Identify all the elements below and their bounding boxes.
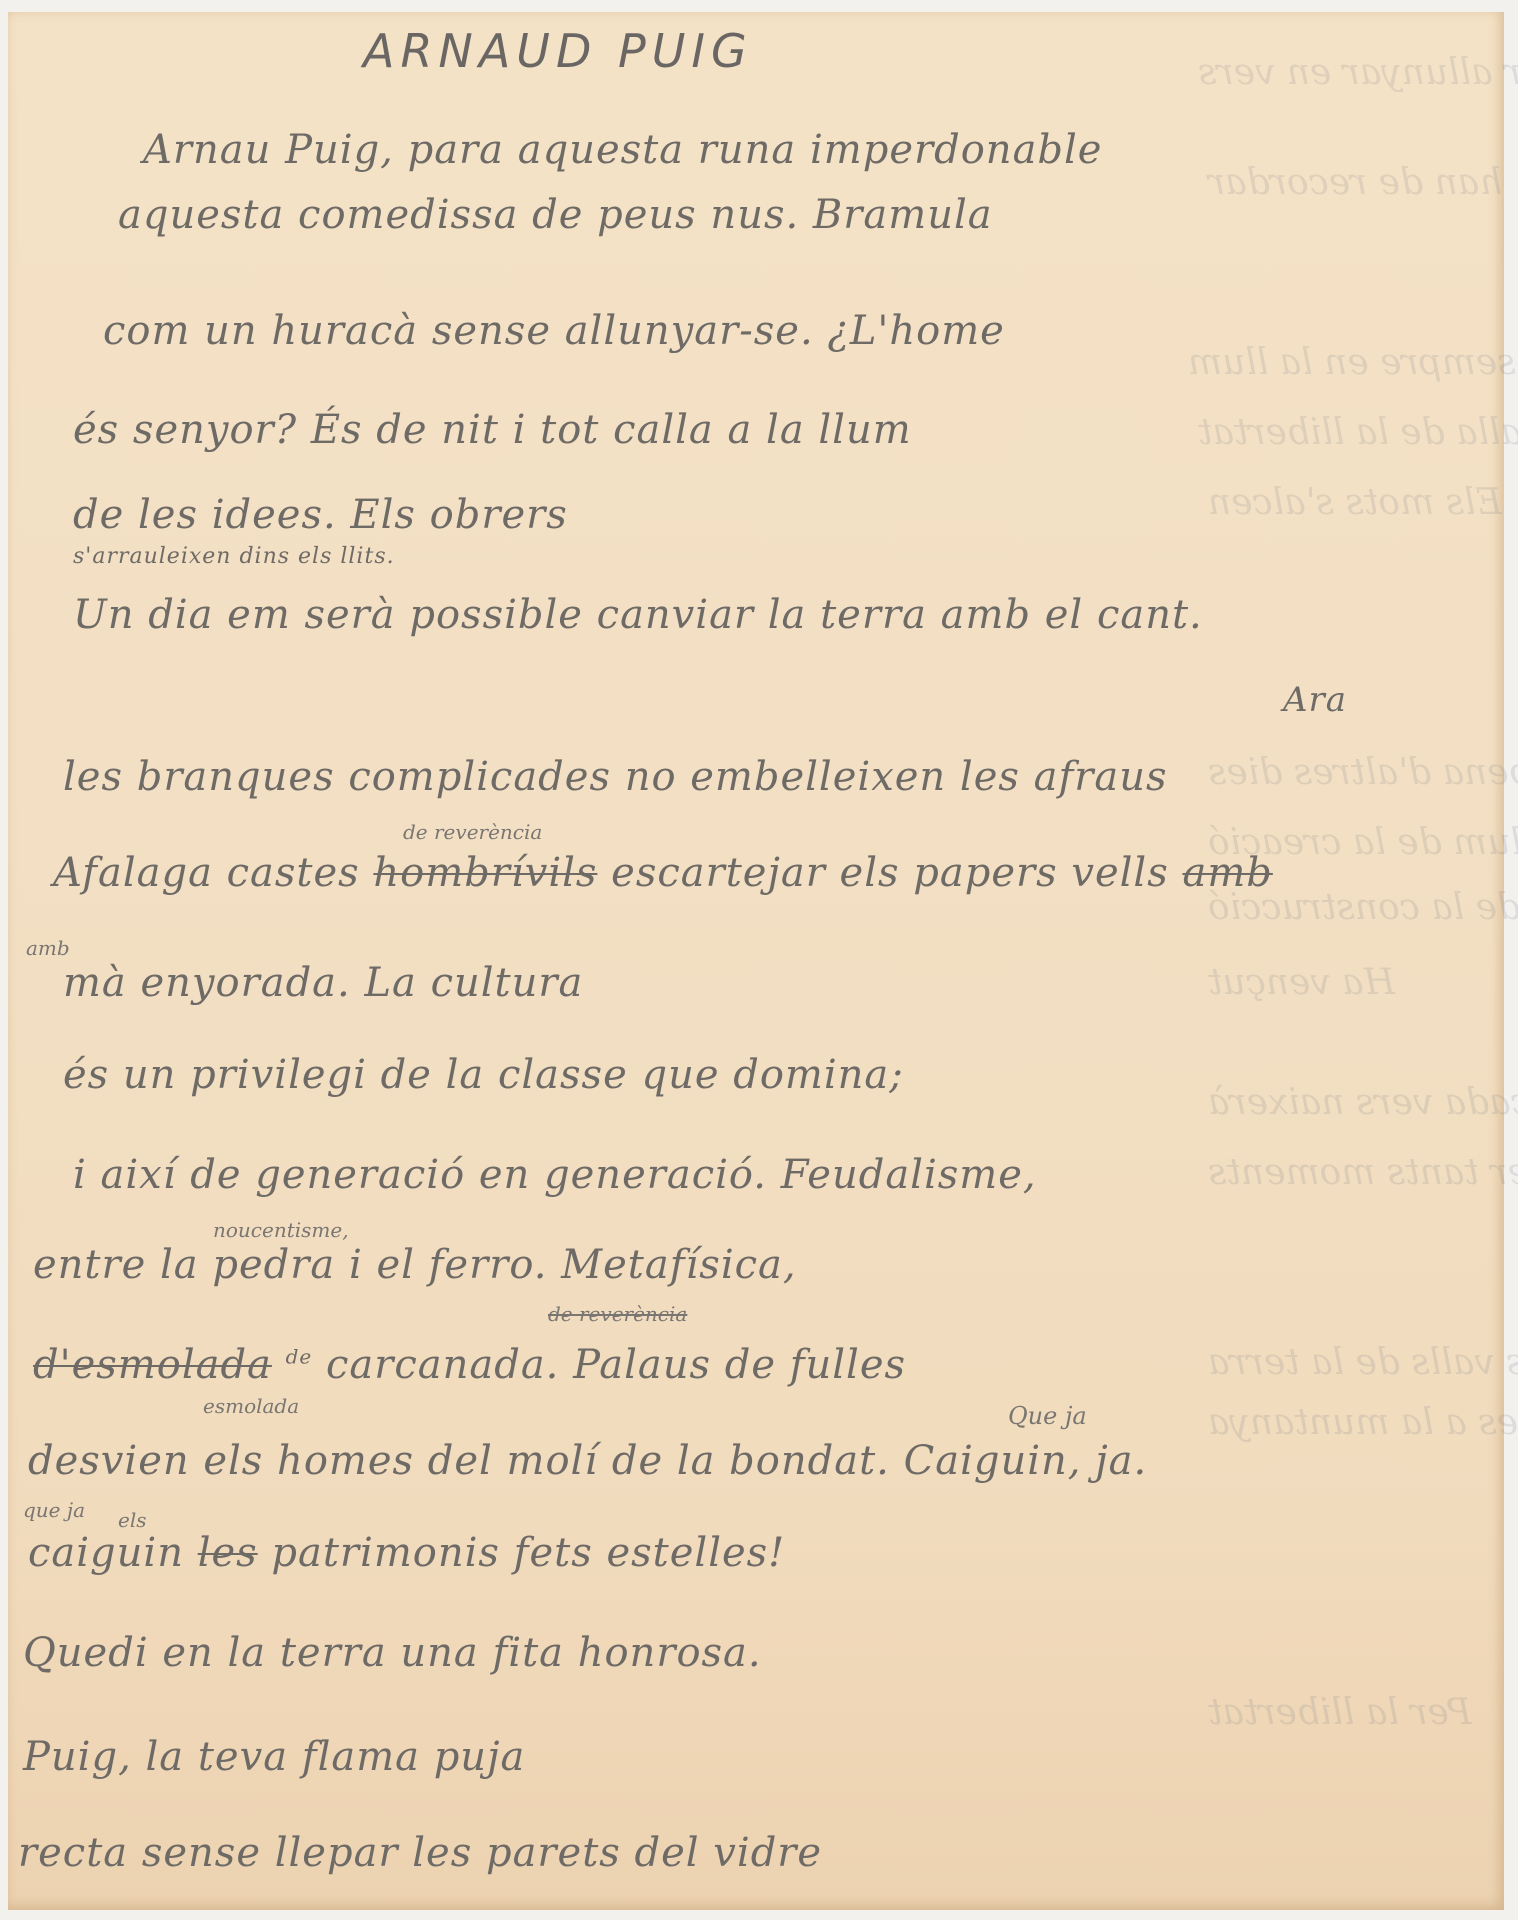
struck-annotation: de reverència (548, 1302, 687, 1326)
annotation-above: que ja (23, 1498, 85, 1522)
bleed-through-text: Verbena d'altres dies (1208, 752, 1518, 793)
poem-line-13: i així de generació en generació. Feudal… (73, 1152, 1037, 1198)
poem-line-14: entre la pedra i el ferro. Metafísica, (33, 1242, 797, 1288)
annotation-above: noucentisme, (213, 1218, 349, 1242)
bleed-through-text: No collita hora per allunyar en vers (1198, 52, 1518, 93)
poem-line-18: Quedi en la terra una fita honrosa. (23, 1630, 762, 1676)
bleed-through-text: han de recordar (1208, 162, 1502, 203)
annotation-above: Que ja (1008, 1402, 1087, 1430)
struck-word: d'esmolada (33, 1342, 272, 1388)
line-text: carcanada. Palaus de fulles (326, 1342, 906, 1388)
bleed-through-text: Les tendres valls de la terra (1208, 1342, 1518, 1383)
bleed-through-text: Ha vençut (1208, 962, 1395, 1003)
manuscript-page: No collita hora per allunyar en vers han… (8, 12, 1504, 1910)
annotation-below: esmolada (203, 1394, 299, 1418)
poem-line-11: mà enyorada. La cultura (63, 960, 583, 1006)
bleed-through-text: Per la llibertat (1208, 1692, 1471, 1733)
line-text: Afalaga castes (53, 850, 360, 896)
poem-line-8: Ara (1283, 680, 1347, 720)
poem-line-3: com un huracà sense allunyar-se. ¿L'home (103, 308, 1005, 354)
poem-line-10: Afalaga castes hombrívils escartejar els… (53, 850, 1273, 896)
poem-line-17: caiguin les patrimonis fets estelles! (28, 1530, 785, 1576)
struck-word: les (198, 1530, 258, 1576)
poem-line-15: d'esmolada de carcanada. Palaus de fulle… (33, 1342, 906, 1388)
bleed-through-text: No abraçava la muralla de la llibertat (1198, 412, 1518, 453)
page-title: ARNAUD PUIG (363, 24, 753, 78)
line-text: caiguin (28, 1530, 184, 1576)
poem-line-2: aquesta comedissa de peus nus. Bramula (118, 192, 993, 238)
bleed-through-text: Déu sempre en la llum (1188, 342, 1518, 383)
poem-line-9: les branques complicades no embelleixen … (63, 754, 1168, 800)
bleed-through-text: De cada vers naixerà (1208, 1082, 1518, 1123)
poem-line-4: és senyor? És de nit i tot calla a la ll… (73, 407, 912, 453)
line-text: escartejar els papers vells (611, 850, 1169, 896)
poem-line-16: desvien els homes del molí de la bondat.… (28, 1438, 1147, 1484)
struck-word: amb (1182, 850, 1272, 896)
annotation-above: de reverència (403, 820, 542, 844)
poem-line-19: Puig, la teva flama puja (23, 1734, 525, 1780)
poem-line-7: Un dia em serà possible canviar la terra… (73, 592, 1203, 638)
poem-line-5: de les idees. Els obrers (73, 492, 568, 538)
inserted-word: de (286, 1345, 313, 1369)
annotation-above: de reverència (548, 1302, 687, 1326)
margin-annotation: amb (26, 936, 70, 960)
bleed-through-text: Per tants moments (1208, 1152, 1518, 1193)
struck-word: hombrívils (373, 850, 597, 896)
poem-line-12: és un privilegi de la classe que domina; (63, 1052, 904, 1098)
bleed-through-text: Els mots s'alcen (1208, 482, 1502, 523)
line-text: patrimonis fets estelles! (271, 1530, 785, 1576)
poem-line-1: Arnau Puig, para aquesta runa imperdonab… (143, 127, 1102, 173)
poem-line-20: recta sense llepar les parets del vidre (18, 1830, 822, 1876)
annotation-above: els (118, 1508, 147, 1532)
poem-line-6: s'arrauleixen dins els llits. (73, 544, 395, 569)
bleed-through-text: Els homes a la muntanya (1208, 1402, 1518, 1443)
